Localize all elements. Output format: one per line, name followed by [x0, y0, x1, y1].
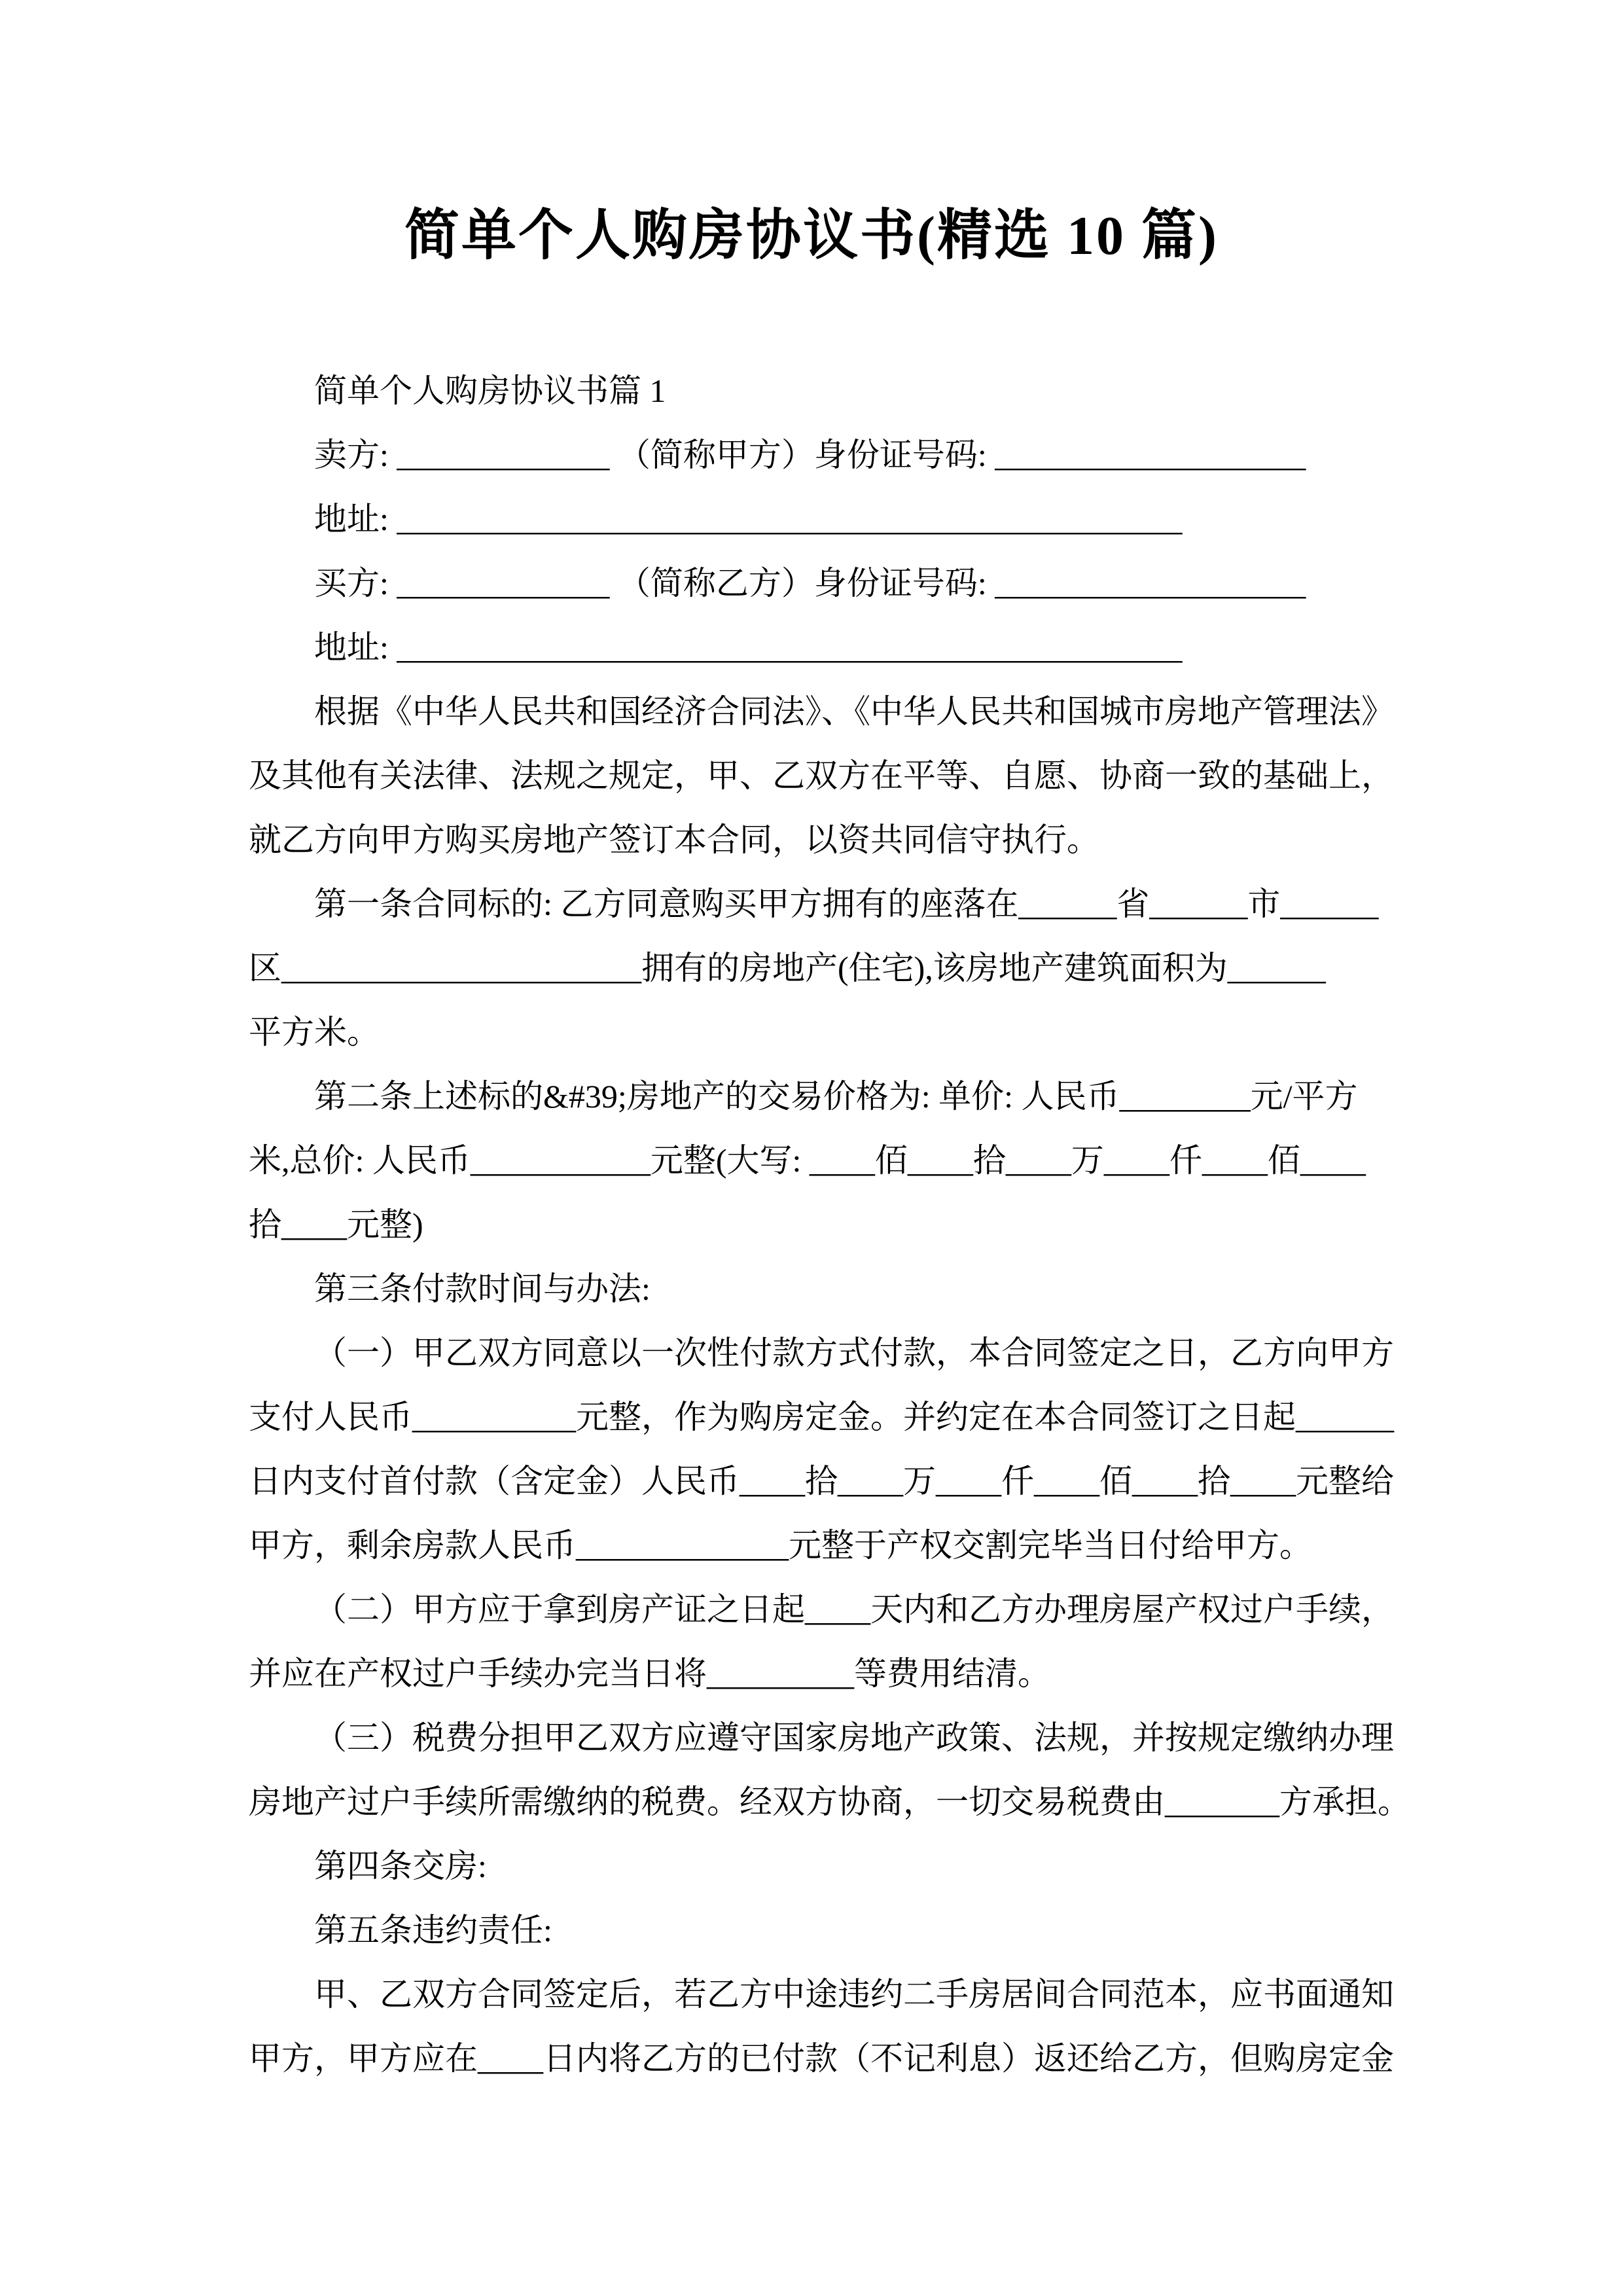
document-line: 区______________________拥有的房地产(住宅),该房地产建筑…: [249, 936, 1400, 1000]
document-line: 卖方: _____________ （简称甲方）身份证号码: _________…: [249, 423, 1400, 487]
document-line: 日内支付首付款（含定金）人民币____拾____万____仟____佰____拾…: [249, 1449, 1400, 1513]
document-line: 房地产过户手续所需缴纳的税费。经双方协商，一切交易税费由_______方承担。: [249, 1770, 1400, 1834]
document-page: 简单个人购房协议书(精选 10 篇) 简单个人购房协议书篇 1卖方: _____…: [0, 0, 1623, 2296]
document-line: 平方米。: [249, 1000, 1400, 1064]
document-line: 第一条合同标的: 乙方同意购买甲方拥有的座落在______省______市___…: [249, 872, 1400, 936]
document-line: 甲、乙双方合同签定后，若乙方中途违约二手房居间合同范本，应书面通知: [249, 1962, 1400, 2026]
document-title: 简单个人购房协议书(精选 10 篇): [0, 191, 1623, 270]
document-line: （一）甲乙双方同意以一次性付款方式付款，本合同签定之日，乙方向甲方: [249, 1321, 1400, 1385]
document-body: 简单个人购房协议书篇 1卖方: _____________ （简称甲方）身份证号…: [249, 359, 1400, 2090]
document-line: 简单个人购房协议书篇 1: [249, 359, 1400, 423]
document-line: 米,总价: 人民币___________元整(大写: ____佰____拾___…: [249, 1128, 1400, 1193]
document-line: 拾____元整): [249, 1193, 1400, 1257]
document-line: 地址: ____________________________________…: [249, 487, 1400, 551]
document-line: 根据《中华人民共和国经济合同法》、《中华人民共和国城市房地产管理法》: [249, 679, 1400, 744]
document-line: 及其他有关法律、法规之规定，甲、乙双方在平等、自愿、协商一致的基础上，: [249, 744, 1400, 808]
document-line: 买方: _____________ （简称乙方）身份证号码: _________…: [249, 551, 1400, 615]
document-line: （三）税费分担甲乙双方应遵守国家房地产政策、法规，并按规定缴纳办理: [249, 1706, 1400, 1770]
document-line: （二）甲方应于拿到房产证之日起____天内和乙方办理房屋产权过户手续，: [249, 1577, 1400, 1641]
document-line: 并应在产权过户手续办完当日将_________等费用结清。: [249, 1641, 1400, 1706]
document-line: 甲方，甲方应在____日内将乙方的已付款（不记利息）返还给乙方，但购房定金: [249, 2026, 1400, 2090]
document-line: 就乙方向甲方购买房地产签订本合同，以资共同信守执行。: [249, 808, 1400, 872]
document-line: 第五条违约责任:: [249, 1898, 1400, 1962]
document-line: 第四条交房:: [249, 1834, 1400, 1898]
document-line: 第二条上述标的&#39;房地产的交易价格为: 单价: 人民币________元/…: [249, 1064, 1400, 1128]
document-line: 地址: ____________________________________…: [249, 615, 1400, 679]
document-line: 支付人民币__________元整，作为购房定金。并约定在本合同签订之日起___…: [249, 1385, 1400, 1449]
document-line: 第三条付款时间与办法:: [249, 1257, 1400, 1321]
document-line: 甲方，剩余房款人民币_____________元整于产权交割完毕当日付给甲方。: [249, 1513, 1400, 1577]
